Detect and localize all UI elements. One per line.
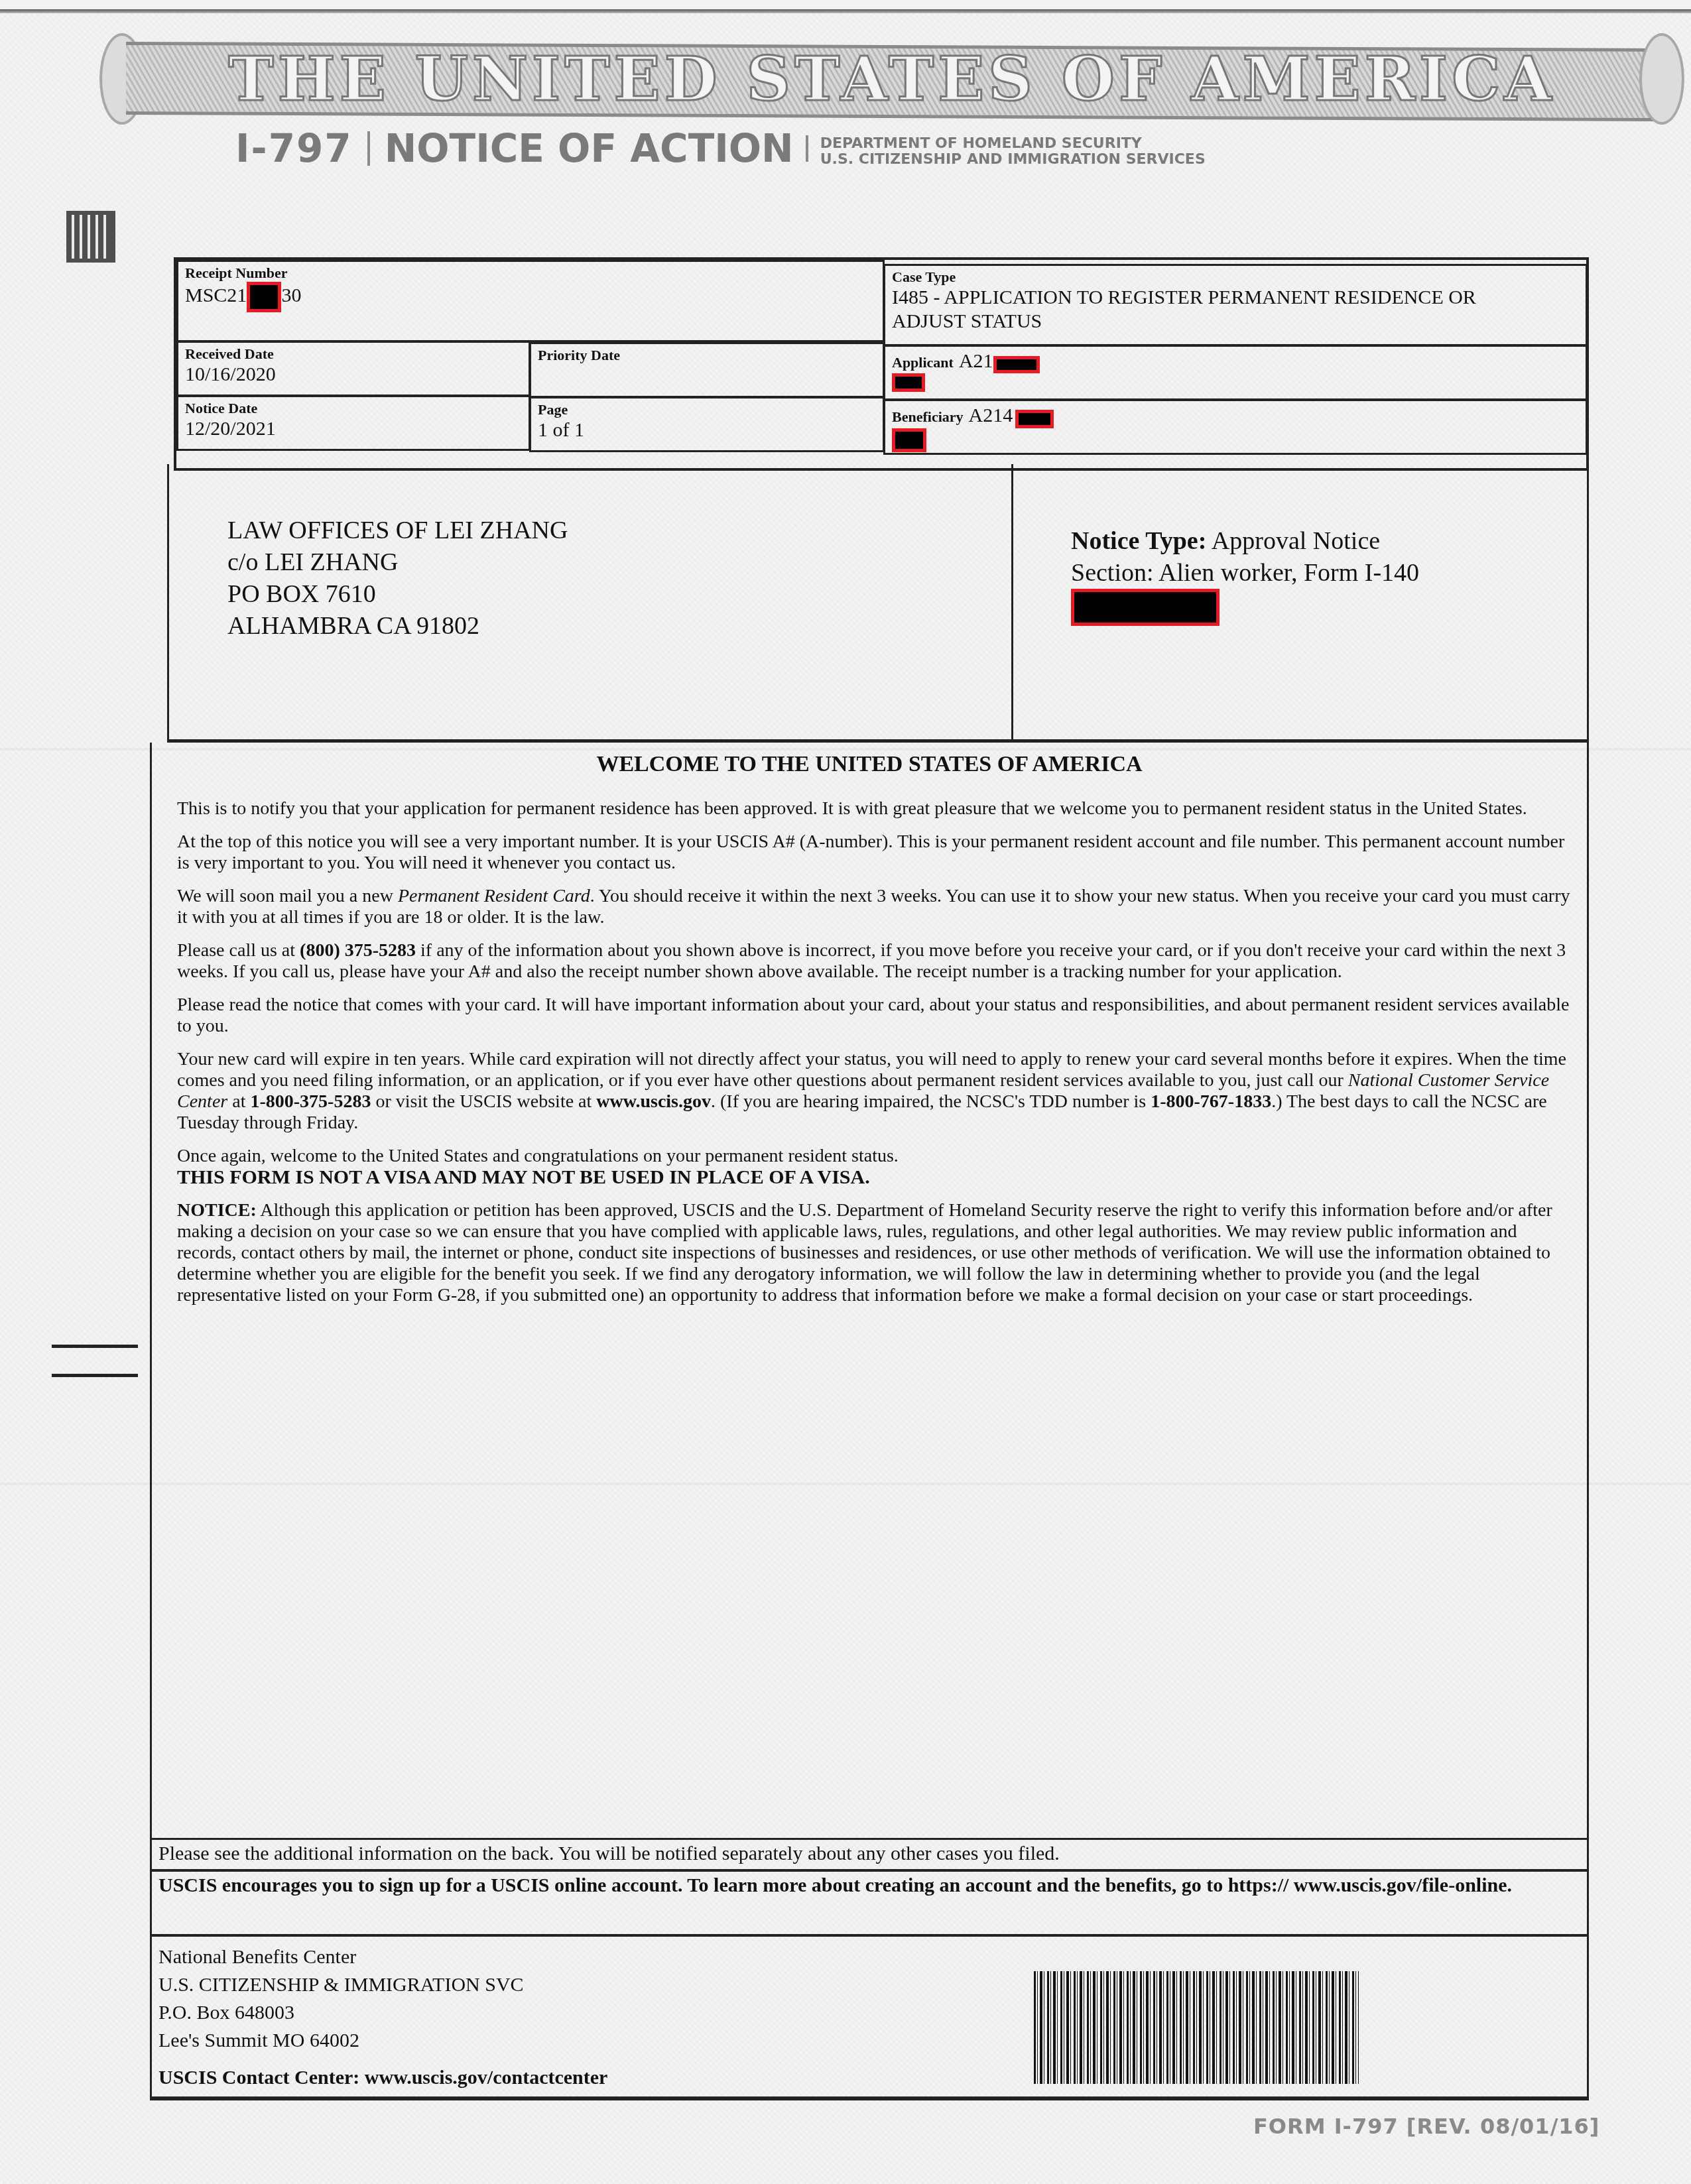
recipient-line: LAW OFFICES OF LEI ZHANG xyxy=(227,515,568,546)
recipient-line: ALHAMBRA CA 91802 xyxy=(227,610,568,642)
sender-box: National Benefits Center U.S. CITIZENSHI… xyxy=(150,1935,1589,2100)
datamatrix-code-icon xyxy=(66,211,115,263)
margin-mark xyxy=(52,1345,138,1348)
sender-line: U.S. CITIZENSHIP & IMMIGRATION SVC xyxy=(158,1971,524,1999)
department-line-2: U.S. CITIZENSHIP AND IMMIGRATION SERVICE… xyxy=(820,151,1206,168)
case-type-cell: Case Type I485 - APPLICATION TO REGISTER… xyxy=(883,264,1588,346)
legal-notice: NOTICE: Although this application or pet… xyxy=(177,1200,1574,1306)
receipt-number-label: Receipt Number xyxy=(185,265,876,282)
paragraph: Please read the notice that comes with y… xyxy=(177,995,1574,1037)
redaction-box xyxy=(892,373,925,392)
applicant-cell: Applicant A21 xyxy=(883,345,1588,400)
department-line-1: DEPARTMENT OF HOMELAND SECURITY xyxy=(820,135,1142,152)
sender-line: National Benefits Center xyxy=(158,1943,524,1971)
redaction-box xyxy=(993,356,1040,373)
phone-number: (800) 375-5283 xyxy=(300,940,416,961)
paragraph: We will soon mail you a new Permanent Re… xyxy=(177,886,1574,928)
address-section: LAW OFFICES OF LEI ZHANG c/o LEI ZHANG P… xyxy=(167,464,1589,743)
notice-section: Section: Alien worker, Form I-140 xyxy=(1071,557,1419,589)
phone-number: 1-800-375-5283 xyxy=(250,1091,371,1112)
recipient-address: LAW OFFICES OF LEI ZHANG c/o LEI ZHANG P… xyxy=(227,515,568,642)
recipient-line: PO BOX 7610 xyxy=(227,578,568,610)
banner-title: THE UNITED STATES OF AMERICA xyxy=(153,42,1631,115)
paragraph: This is to notify you that your applicat… xyxy=(177,798,1574,819)
beneficiary-cell: Beneficiary A214 xyxy=(883,399,1588,455)
receipt-number-prefix: MSC21 xyxy=(185,284,247,306)
case-info-grid: Receipt Number MSC2130 Case Type I485 - … xyxy=(174,257,1589,471)
margin-mark xyxy=(52,1374,138,1377)
banner: THE UNITED STATES OF AMERICA xyxy=(99,27,1684,126)
notice-label: NOTICE: xyxy=(177,1200,257,1221)
welcome-heading: WELCOME TO THE UNITED STATES OF AMERICA xyxy=(152,752,1587,777)
received-date-cell: Received Date 10/16/2020 xyxy=(176,341,531,396)
sender-line: P.O. Box 648003 xyxy=(158,1999,524,2027)
page-label: Page xyxy=(538,401,876,418)
header-separator xyxy=(367,131,370,166)
paragraph: At the top of this notice you will see a… xyxy=(177,831,1574,874)
form-revision: FORM I-797 [REV. 08/01/16] xyxy=(1253,2114,1599,2139)
beneficiary-label: Beneficiary xyxy=(892,408,964,425)
tdd-number: 1-800-767-1833 xyxy=(1151,1091,1271,1112)
contact-center: USCIS Contact Center: www.uscis.gov/cont… xyxy=(158,2067,607,2089)
online-account-row: USCIS encourages you to sign up for a US… xyxy=(150,1870,1589,1936)
paragraph: Once again, welcome to the United States… xyxy=(177,1146,1574,1188)
recipient-line: c/o LEI ZHANG xyxy=(227,546,568,578)
body-paragraphs: This is to notify you that your applicat… xyxy=(177,798,1574,1318)
applicant-a-number: A21 xyxy=(959,350,993,372)
beneficiary-a-number: A214 xyxy=(969,404,1013,426)
receipt-number-suffix: 30 xyxy=(281,284,301,306)
notice-type-block: Notice Type: Approval Notice Section: Al… xyxy=(1071,525,1419,626)
barcode-icon xyxy=(1034,1971,1359,2084)
redaction-box xyxy=(1015,410,1054,428)
page-cell: Page 1 of 1 xyxy=(529,396,885,452)
paragraph: Please call us at (800) 375-5283 if any … xyxy=(177,940,1574,983)
notice-date-cell: Notice Date 12/20/2021 xyxy=(176,395,531,451)
notice-type-value: Approval Notice xyxy=(1212,527,1380,555)
sender-line: Lee's Summit MO 64002 xyxy=(158,2027,524,2055)
form-number: I-797 xyxy=(235,126,353,171)
received-date-label: Received Date xyxy=(185,345,522,363)
redaction-box xyxy=(892,428,926,452)
notice-date-value: 12/20/2021 xyxy=(185,417,522,441)
case-type-label: Case Type xyxy=(892,269,1579,286)
redaction-box xyxy=(247,282,281,312)
notice-type-label: Notice Type: xyxy=(1071,527,1206,555)
website-link[interactable]: www.uscis.gov xyxy=(596,1091,711,1112)
department-block: DEPARTMENT OF HOMELAND SECURITY U.S. CIT… xyxy=(820,136,1206,168)
receipt-number-value: MSC2130 xyxy=(185,282,876,312)
notice-body: WELCOME TO THE UNITED STATES OF AMERICA … xyxy=(150,743,1589,1843)
redaction-box xyxy=(1071,589,1220,626)
notice-title: NOTICE OF ACTION xyxy=(385,126,794,171)
additional-info-row: Please see the additional information on… xyxy=(150,1838,1589,1871)
visa-warning: THIS FORM IS NOT A VISA AND MAY NOT BE U… xyxy=(177,1167,1574,1188)
case-type-value: I485 - APPLICATION TO REGISTER PERMANENT… xyxy=(892,286,1579,334)
priority-date-label: Priority Date xyxy=(538,347,876,364)
receipt-number-cell: Receipt Number MSC2130 xyxy=(176,260,885,342)
received-date-value: 10/16/2020 xyxy=(185,363,522,387)
notice-date-label: Notice Date xyxy=(185,400,522,417)
priority-date-cell: Priority Date xyxy=(529,342,885,398)
applicant-label: Applicant xyxy=(892,354,954,371)
page-value: 1 of 1 xyxy=(538,418,876,442)
address-divider xyxy=(1011,464,1013,739)
sender-address: National Benefits Center U.S. CITIZENSHI… xyxy=(158,1943,524,2055)
form-header: I-797 NOTICE OF ACTION DEPARTMENT OF HOM… xyxy=(235,126,1206,171)
header-separator xyxy=(806,135,808,162)
scroll-ornament-icon xyxy=(1639,33,1684,125)
paragraph: Your new card will expire in ten years. … xyxy=(177,1049,1574,1134)
